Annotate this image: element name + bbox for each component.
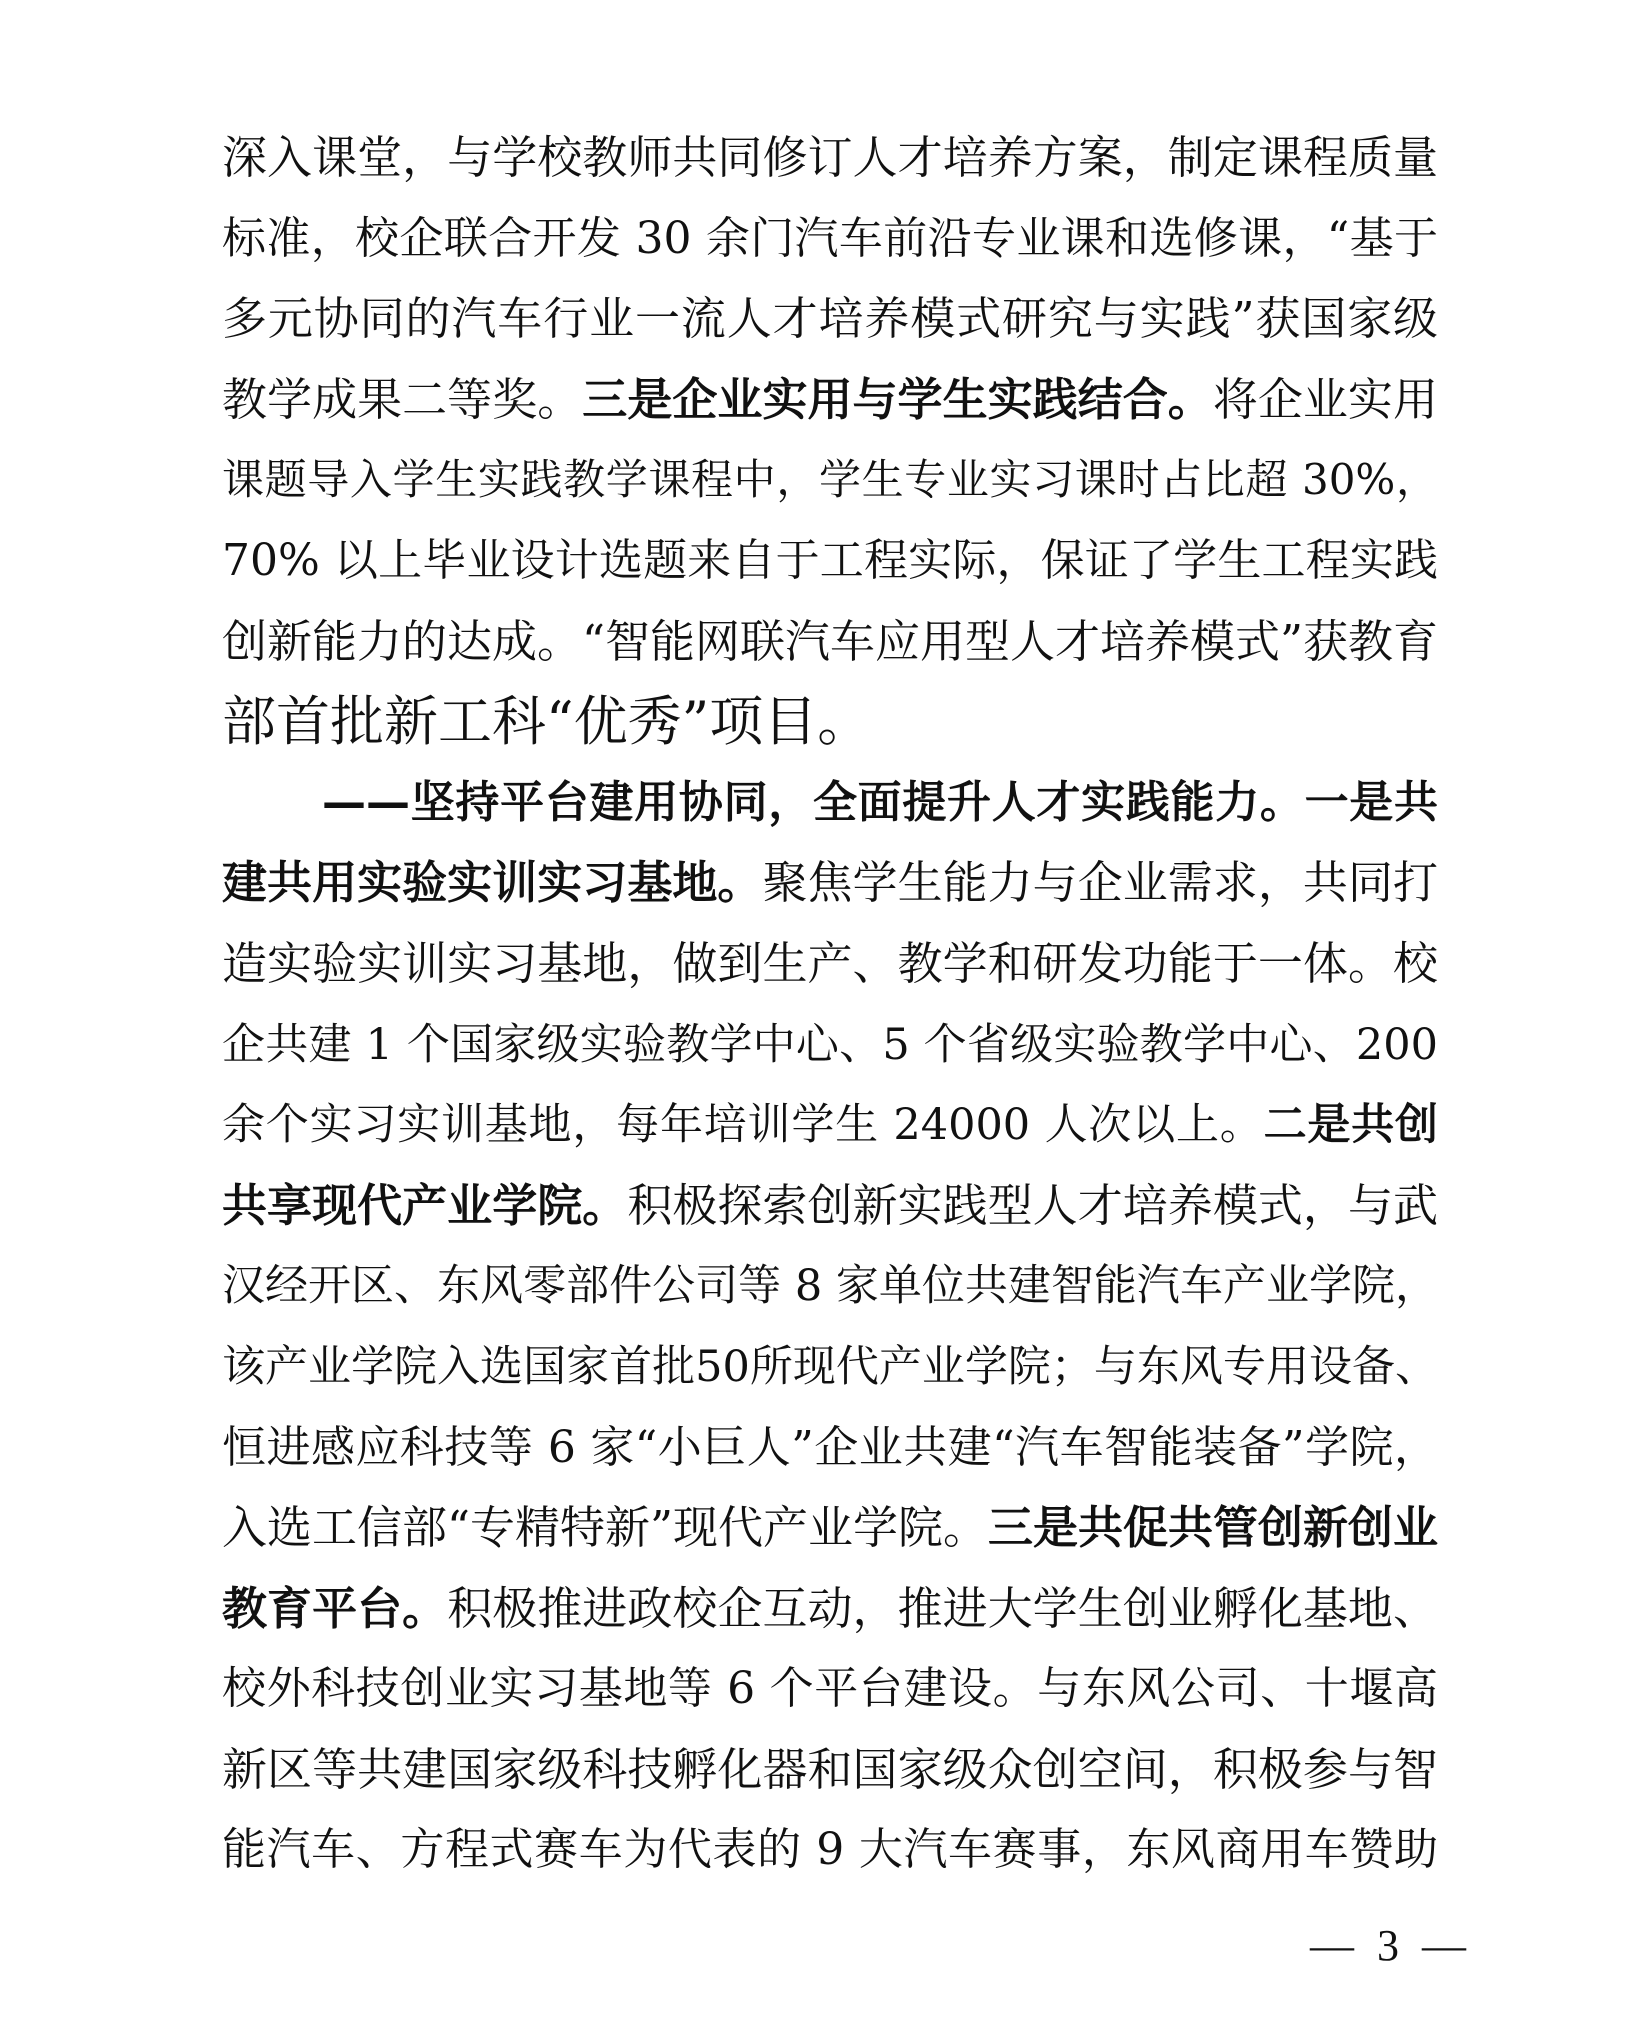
text-line: 70% 以上毕业设计选题来自于工程实际，保证了学生工程实践 [222, 521, 1438, 602]
text-line: 恒进感应科技等 6 家“小巨人”企业共建“汽车智能装备”学院， [222, 1408, 1438, 1489]
body-text-segment: 积极探索创新实践型人才培养模式，与武 [627, 1179, 1438, 1232]
text-line: 共享现代产业学院。积极探索创新实践型人才培养模式，与武 [222, 1166, 1438, 1247]
body-text-segment: 创新能力的达成。“智能网联汽车应用型人才培养模式”获教育 [222, 615, 1438, 668]
body-text-segment: 教学成果二等奖。 [222, 373, 582, 426]
bold-heading-text: 三是共促共管创新创业 [988, 1501, 1438, 1554]
text-line: 教育平台。积极推进政校企互动，推进大学生创业孵化基地、 [222, 1569, 1438, 1650]
body-text-segment: 多元协同的汽车行业一流人才培养模式研究与实践”获国家级 [222, 292, 1438, 345]
body-text-segment: 入选工信部“专精特新”现代产业学院。 [222, 1501, 988, 1554]
body-text-segment: 部首批新工科“优秀”项目。 [222, 690, 871, 753]
body-text-segment: 余个实习实训基地，每年培训学生 24000 人次以上。 [222, 1100, 1264, 1150]
text-line: 汉经开区、东风零部件公司等 8 家单位共建智能汽车产业学院， [222, 1246, 1438, 1327]
body-text-segment: 该产业学院入选国家首批50所现代产业学院；与东风专用设备、 [222, 1342, 1438, 1392]
text-line: 造实验实训实习基地，做到生产、教学和研发功能于一体。校 [222, 924, 1438, 1005]
text-line: 课题导入学生实践教学课程中，学生专业实习课时占比超 30%， [222, 440, 1438, 521]
bold-heading-text: 三是企业实用与学生实践结合。 [582, 373, 1213, 426]
body-text-segment: 造实验实训实习基地，做到生产、教学和研发功能于一体。校 [222, 937, 1438, 990]
body-text-segment: 新区等共建国家级科技孵化器和国家级众创空间，积极参与智 [222, 1743, 1438, 1796]
body-text-segment: 将企业实用 [1213, 373, 1438, 426]
text-line: 余个实习实训基地，每年培训学生 24000 人次以上。二是共创 [222, 1085, 1438, 1166]
text-line: ——坚持平台建用协同，全面提升人才实践能力。一是共 [222, 763, 1438, 844]
page-number: — 3 — [1310, 1920, 1472, 1971]
body-text-segment: 聚焦学生能力与企业需求，共同打 [762, 856, 1438, 909]
text-line: 能汽车、方程式赛车为代表的 9 大汽车赛事，东风商用车赞助 [222, 1810, 1438, 1891]
document-body: 深入课堂，与学校教师共同修订人才培养方案，制定课程质量标准，校企联合开发 30 … [222, 118, 1438, 1891]
body-text-segment: 课题导入学生实践教学课程中，学生专业实习课时占比超 30%， [222, 455, 1438, 504]
text-line: 教学成果二等奖。三是企业实用与学生实践结合。将企业实用 [222, 360, 1438, 441]
bold-heading-text: ——坚持平台建用协同，全面提升人才实践能力。一是共 [322, 777, 1438, 828]
text-line: 深入课堂，与学校教师共同修订人才培养方案，制定课程质量 [222, 118, 1438, 199]
bold-heading-text: 教育平台。 [222, 1582, 447, 1635]
body-text-segment: 深入课堂，与学校教师共同修订人才培养方案，制定课程质量 [222, 131, 1438, 184]
text-line: 多元协同的汽车行业一流人才培养模式研究与实践”获国家级 [222, 279, 1438, 360]
document-page: 深入课堂，与学校教师共同修订人才培养方案，制定课程质量标准，校企联合开发 30 … [0, 0, 1652, 2030]
text-line: 企共建 1 个国家级实验教学中心、5 个省级实验教学中心、200 [222, 1005, 1438, 1086]
text-line: 入选工信部“专精特新”现代产业学院。三是共促共管创新创业 [222, 1488, 1438, 1569]
body-text-segment: 恒进感应科技等 6 家“小巨人”企业共建“汽车智能装备”学院， [222, 1422, 1438, 1473]
body-text-segment: 汉经开区、东风零部件公司等 8 家单位共建智能汽车产业学院， [222, 1261, 1438, 1311]
text-line: 新区等共建国家级科技孵化器和国家级众创空间，积极参与智 [222, 1730, 1438, 1811]
text-line: 该产业学院入选国家首批50所现代产业学院；与东风专用设备、 [222, 1327, 1438, 1408]
body-text-segment: 积极推进政校企互动，推进大学生创业孵化基地、 [447, 1582, 1438, 1635]
text-line: 部首批新工科“优秀”项目。 [222, 682, 1438, 763]
bold-heading-text: 建共用实验实训实习基地。 [222, 856, 762, 909]
bold-heading-text: 二是共创 [1264, 1100, 1438, 1150]
text-line: 建共用实验实训实习基地。聚焦学生能力与企业需求，共同打 [222, 843, 1438, 924]
body-text-segment: 标准，校企联合开发 30 余门汽车前沿专业课和选修课，“基于 [222, 213, 1438, 264]
body-text-segment: 能汽车、方程式赛车为代表的 9 大汽车赛事，东风商用车赞助 [222, 1824, 1438, 1875]
body-text-segment: 企共建 1 个国家级实验教学中心、5 个省级实验教学中心、200 [222, 1020, 1438, 1070]
text-line: 标准，校企联合开发 30 余门汽车前沿专业课和选修课，“基于 [222, 199, 1438, 280]
text-line: 创新能力的达成。“智能网联汽车应用型人才培养模式”获教育 [222, 602, 1438, 683]
body-text-segment: 校外科技创业实习基地等 6 个平台建设。与东风公司、十堰高 [222, 1663, 1438, 1714]
text-line: 校外科技创业实习基地等 6 个平台建设。与东风公司、十堰高 [222, 1649, 1438, 1730]
bold-heading-text: 共享现代产业学院。 [222, 1179, 627, 1232]
body-text-segment: 70% 以上毕业设计选题来自于工程实际，保证了学生工程实践 [222, 535, 1438, 586]
